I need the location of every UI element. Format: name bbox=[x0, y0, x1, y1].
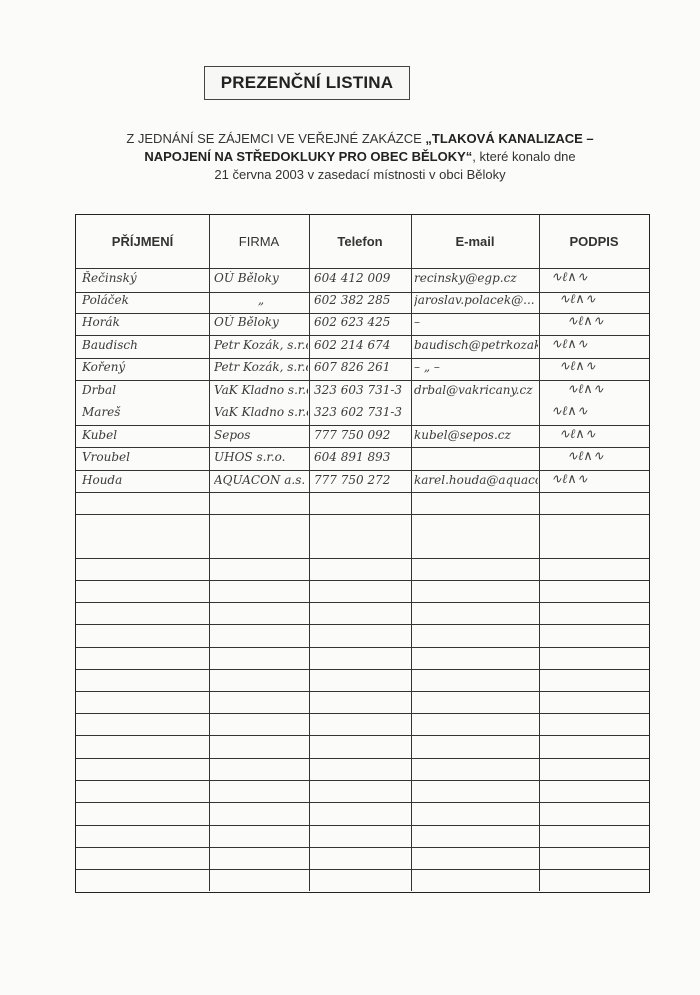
cell-telefon: 602 214 674 bbox=[314, 338, 410, 352]
signature-mark: ∿ℓ∧∿ bbox=[559, 291, 596, 307]
cell-telefon: 602 623 425 bbox=[314, 315, 410, 329]
cell-prijmeni: Kořený bbox=[82, 360, 207, 374]
cell-firma: OÚ Běloky bbox=[214, 315, 308, 329]
cell-email: karel.houda@aquacon.cz bbox=[414, 473, 538, 487]
row-divider bbox=[76, 669, 649, 670]
row-divider bbox=[76, 825, 649, 826]
cell-prijmeni: Vroubel bbox=[82, 450, 207, 464]
row-divider bbox=[76, 758, 649, 759]
cell-firma: Petr Kozák, s.r.o. bbox=[214, 360, 308, 374]
cell-prijmeni: Houda bbox=[82, 473, 207, 487]
row-divider bbox=[76, 624, 649, 625]
row-divider bbox=[76, 780, 649, 781]
cell-firma: VaK Kladno s.r.o. bbox=[214, 383, 308, 397]
row-divider bbox=[76, 558, 649, 559]
cell-firma: UHOS s.r.o. bbox=[214, 450, 308, 464]
cell-email: – bbox=[414, 315, 538, 329]
attendance-table: PŘÍJMENÍ FIRMA Telefon E-mail PODPIS Řeč… bbox=[75, 214, 650, 893]
row-divider bbox=[76, 869, 649, 870]
cell-email: recinsky@egp.cz bbox=[414, 271, 538, 285]
cell-email: kubel@sepos.cz bbox=[414, 428, 538, 442]
row-divider bbox=[76, 313, 649, 314]
signature-mark: ∿ℓ∧∿ bbox=[551, 336, 588, 352]
cell-prijmeni: Horák bbox=[82, 315, 207, 329]
cell-firma: OÚ Běloky bbox=[214, 271, 308, 285]
cell-prijmeni: Kubel bbox=[82, 428, 207, 442]
row-divider bbox=[76, 802, 649, 803]
subtitle-line1-text: Z JEDNÁNÍ SE ZÁJEMCI VE VEŘEJNÉ ZAKÁZCE bbox=[126, 131, 425, 146]
subtitle-project-name-1: „TLAKOVÁ KANALIZACE – bbox=[425, 131, 593, 146]
row-divider bbox=[76, 847, 649, 848]
row-divider bbox=[76, 713, 649, 714]
cell-email: – „ – bbox=[414, 360, 538, 374]
signature-mark: ∿ℓ∧∿ bbox=[567, 313, 604, 329]
column-divider bbox=[411, 215, 412, 891]
cell-telefon: 323 602 731-3 bbox=[314, 405, 410, 419]
signature-mark: ∿ℓ∧∿ bbox=[559, 426, 596, 442]
column-divider bbox=[309, 215, 310, 891]
cell-telefon: 607 826 261 bbox=[314, 360, 410, 374]
row-divider bbox=[76, 492, 649, 493]
signature-mark: ∿ℓ∧∿ bbox=[551, 403, 588, 419]
row-divider bbox=[76, 735, 649, 736]
col-header-telefon: Telefon bbox=[309, 215, 411, 268]
cell-firma: AQUACON a.s. bbox=[214, 473, 308, 487]
subtitle-date-place: 21 června 2003 v zasedací místnosti v ob… bbox=[60, 166, 660, 184]
col-header-prijmeni: PŘÍJMENÍ bbox=[76, 215, 209, 268]
row-divider bbox=[76, 380, 649, 381]
signature-mark: ∿ℓ∧∿ bbox=[551, 269, 588, 285]
cell-telefon: 604 891 893 bbox=[314, 450, 410, 464]
document-subtitle: Z JEDNÁNÍ SE ZÁJEMCI VE VEŘEJNÉ ZAKÁZCE … bbox=[60, 130, 660, 184]
row-divider bbox=[76, 691, 649, 692]
cell-email: baudisch@petrkozak.cz bbox=[414, 338, 538, 352]
cell-prijmeni: Baudisch bbox=[82, 338, 207, 352]
row-divider bbox=[76, 514, 649, 515]
signature-mark: ∿ℓ∧∿ bbox=[567, 381, 604, 397]
subtitle-line2-text: , které konalo dne bbox=[472, 149, 575, 164]
cell-firma: VaK Kladno s.r.o. bbox=[214, 405, 308, 419]
signature-mark: ∿ℓ∧∿ bbox=[559, 358, 596, 374]
cell-firma: „ bbox=[214, 293, 308, 307]
col-header-email: E-mail bbox=[411, 215, 539, 268]
cell-prijmeni: Mareš bbox=[82, 405, 207, 419]
signature-mark: ∿ℓ∧∿ bbox=[567, 448, 604, 464]
cell-telefon: 604 412 009 bbox=[314, 271, 410, 285]
cell-telefon: 777 750 272 bbox=[314, 473, 410, 487]
cell-email: drbal@vakricany.cz bbox=[414, 383, 538, 397]
cell-email: jaroslav.polacek@... bbox=[414, 293, 538, 307]
cell-firma: Petr Kozák, s.r.o. bbox=[214, 338, 308, 352]
col-header-firma: FIRMA bbox=[209, 215, 309, 268]
cell-firma: Sepos bbox=[214, 428, 308, 442]
cell-prijmeni: Poláček bbox=[82, 293, 207, 307]
row-divider bbox=[76, 647, 649, 648]
cell-telefon: 323 603 731-3 bbox=[314, 383, 410, 397]
col-header-podpis: PODPIS bbox=[539, 215, 649, 268]
row-divider bbox=[76, 580, 649, 581]
column-divider bbox=[539, 215, 540, 891]
cell-telefon: 602 382 285 bbox=[314, 293, 410, 307]
cell-prijmeni: Drbal bbox=[82, 383, 207, 397]
cell-prijmeni: Řečinský bbox=[82, 271, 207, 285]
subtitle-project-name-2: NAPOJENÍ NA STŘEDOKLUKY PRO OBEC BĚLOKY“ bbox=[144, 149, 472, 164]
row-divider bbox=[76, 602, 649, 603]
cell-telefon: 777 750 092 bbox=[314, 428, 410, 442]
signature-mark: ∿ℓ∧∿ bbox=[551, 471, 588, 487]
row-divider bbox=[76, 447, 649, 448]
column-divider bbox=[209, 215, 210, 891]
document-title: PREZENČNÍ LISTINA bbox=[204, 66, 410, 100]
